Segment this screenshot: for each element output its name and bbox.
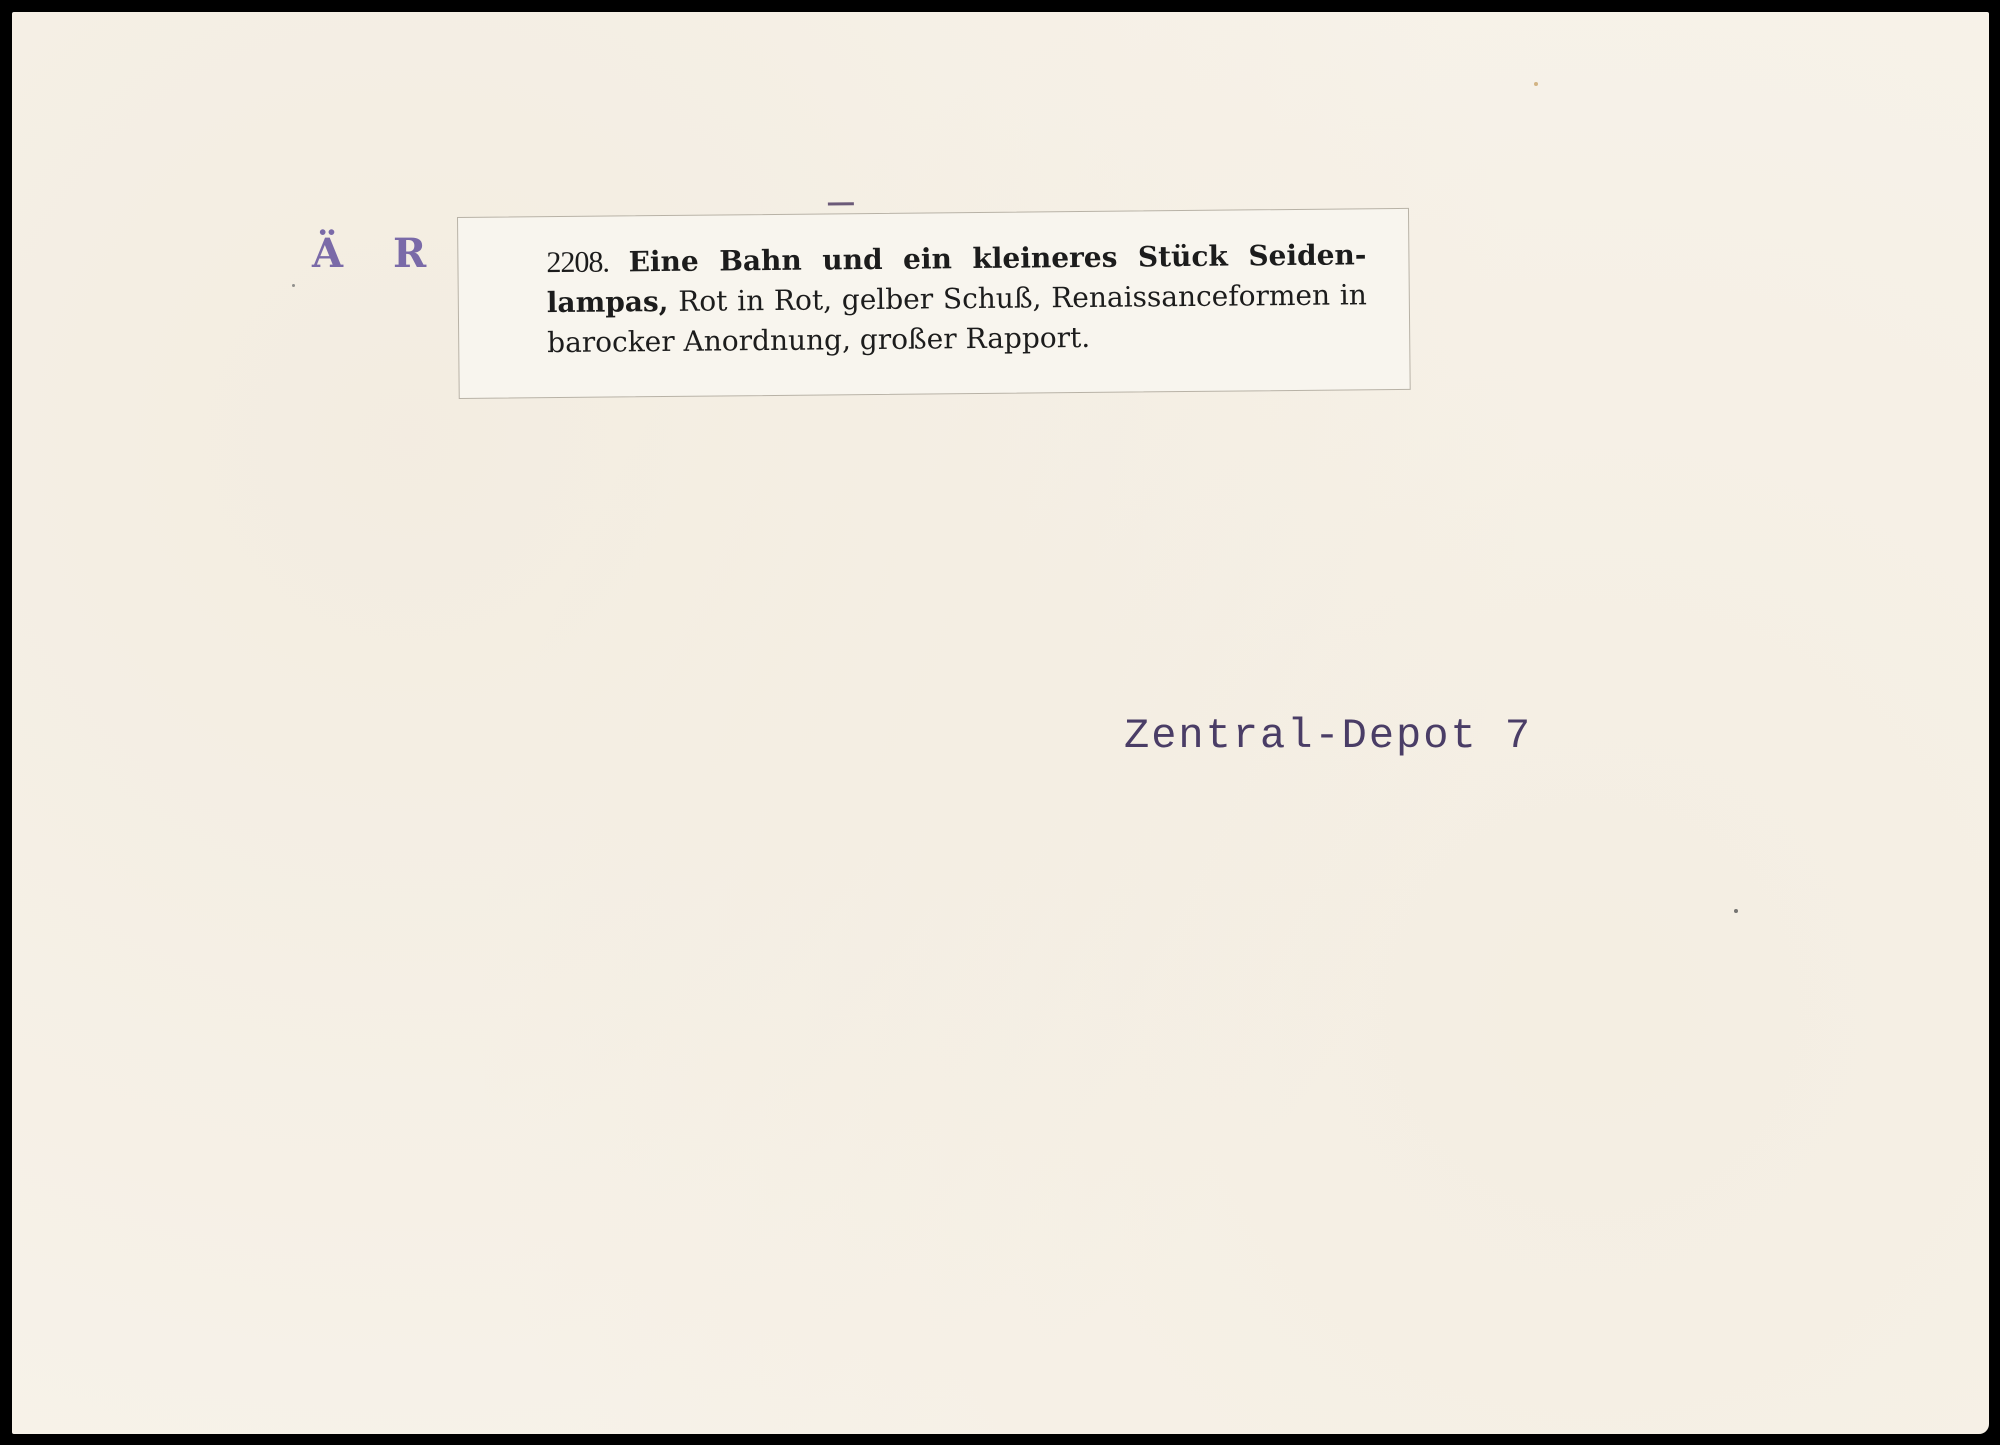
ink-mark <box>828 202 854 205</box>
depot-stamp: Zentral-Depot 7 <box>1124 712 1532 760</box>
catalog-number: 2208. <box>546 246 609 280</box>
initials-stamp: Ä R <box>312 230 444 277</box>
archive-card: Ä R 2208. Eine Bahn und ein kleineres St… <box>12 12 1989 1434</box>
clipping-text: 2208. Eine Bahn und ein kleineres Stück … <box>546 235 1367 363</box>
catalog-description: Rot in Rot, gelber Schuß, Renaissancefor… <box>547 278 1367 359</box>
catalog-clipping: 2208. Eine Bahn und ein kleineres Stück … <box>457 208 1411 399</box>
paper-speck <box>292 284 295 287</box>
paper-speck <box>1734 909 1738 913</box>
paper-speck <box>1534 82 1538 86</box>
